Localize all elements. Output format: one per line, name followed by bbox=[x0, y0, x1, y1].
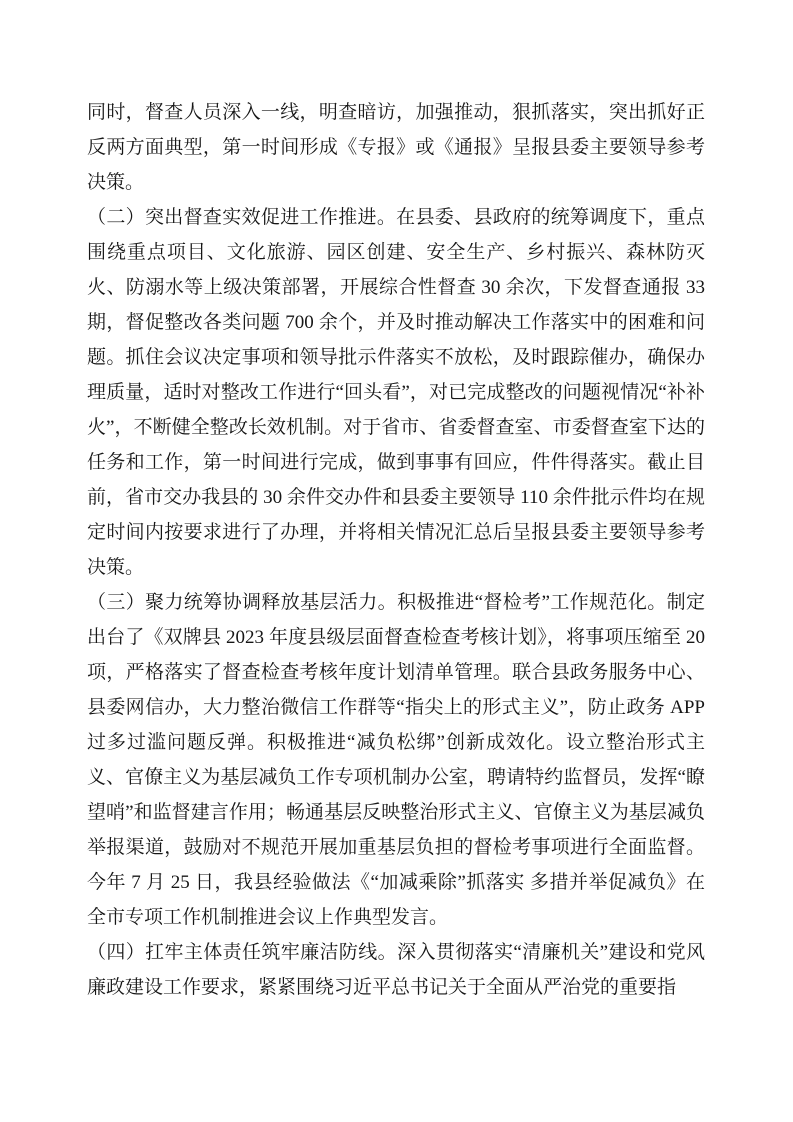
paragraph-section-3: （三）聚力统筹协调释放基层活力。积极推进“督检考”工作规范化。制定出台了《双牌县… bbox=[87, 585, 705, 935]
paragraph-section-4: （四）扛牢主体责任筑牢廉洁防线。深入贯彻落实“清廉机关”建设和党风廉政建设工作要… bbox=[87, 935, 705, 1005]
paragraph-continuation: 同时，督查人员深入一线，明查暗访，加强推动，狠抓落实，突出抓好正反两方面典型，第… bbox=[87, 95, 705, 200]
paragraph-section-2: （二）突出督查实效促进工作推进。在县委、县政府的统筹调度下，重点围绕重点项目、文… bbox=[87, 200, 705, 585]
document-page: 同时，督查人员深入一线，明查暗访，加强推动，狠抓落实，突出抓好正反两方面典型，第… bbox=[0, 0, 793, 1122]
document-text-block: 同时，督查人员深入一线，明查暗访，加强推动，狠抓落实，突出抓好正反两方面典型，第… bbox=[87, 95, 705, 1005]
